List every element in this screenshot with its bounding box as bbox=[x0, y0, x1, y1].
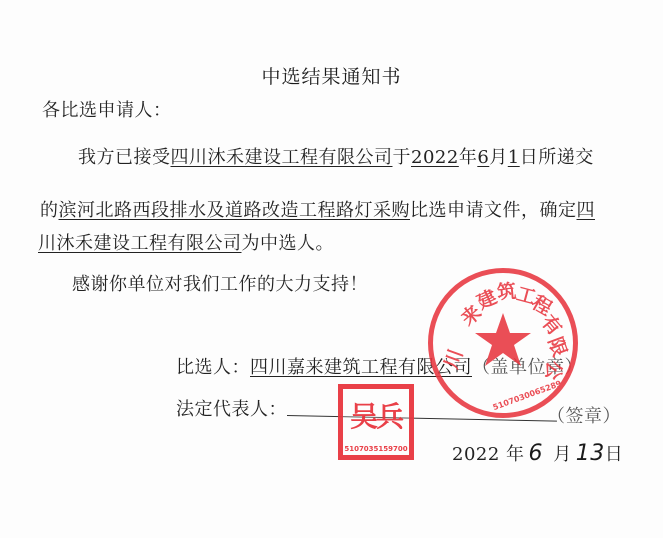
selector-label: 比选人： bbox=[176, 357, 250, 378]
text: 月 bbox=[489, 147, 508, 168]
personal-seal-name: 吴兵 bbox=[343, 395, 409, 435]
date-year: 2022 bbox=[452, 444, 500, 465]
text: 年 bbox=[459, 147, 478, 168]
winning-company-end: 川沐禾建设工程有限公司 bbox=[38, 233, 242, 254]
text: 日 bbox=[605, 444, 624, 465]
submit-month: 6 bbox=[477, 147, 489, 168]
text: 比选申请文件，确定 bbox=[410, 200, 577, 221]
salutation: 各比选申请人： bbox=[42, 96, 172, 122]
date-day: 13 bbox=[576, 441, 605, 466]
text: 于 bbox=[393, 147, 412, 168]
paragraph-line-2: 的滨河北路西段排水及道路改造工程路灯采购比选申请文件，确定四 bbox=[40, 196, 595, 222]
text: 的 bbox=[40, 200, 59, 221]
winning-company-start: 四 bbox=[577, 200, 596, 221]
project-name: 滨河北路西段排水及道路改造工程路灯采购 bbox=[59, 200, 411, 221]
text: 为中选人。 bbox=[242, 233, 335, 254]
submit-day: 1 bbox=[508, 147, 520, 168]
text: 年 bbox=[500, 444, 525, 465]
text: 日所递交 bbox=[520, 147, 594, 168]
thanks-text: 感谢你单位对我们工作的大力支持！ bbox=[72, 270, 368, 296]
text: 月 bbox=[547, 444, 572, 465]
submit-year: 2022 bbox=[411, 147, 459, 168]
sign-date: 2022 年6 月13日 bbox=[452, 440, 623, 466]
date-month: 6 bbox=[529, 441, 544, 466]
text: 我方已接受 bbox=[78, 147, 171, 168]
winning-company: 四川沐禾建设工程有限公司 bbox=[171, 147, 393, 168]
company-seal: 川 来 建 筑 工 程 有 限 公 5107030065289 bbox=[428, 268, 578, 418]
paragraph-line-3: 川沐禾建设工程有限公司为中选人。 bbox=[38, 229, 334, 255]
rep-label: 法定代表人： bbox=[176, 395, 287, 421]
document-title: 中选结果通知书 bbox=[0, 62, 663, 89]
paragraph-line-1: 我方已接受四川沐禾建设工程有限公司于2022年6月1日所递交 bbox=[78, 143, 594, 169]
personal-seal: 吴兵 5107035159700 bbox=[338, 384, 414, 460]
personal-seal-code: 5107035159700 bbox=[343, 445, 409, 453]
